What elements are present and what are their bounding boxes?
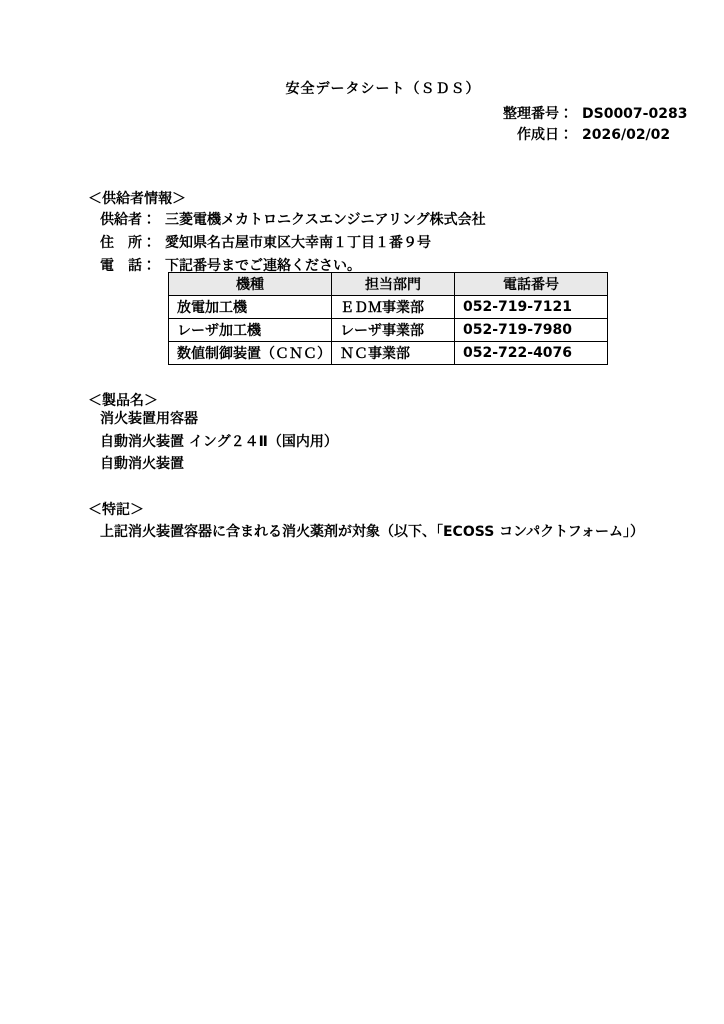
ref-number-label: 整理番号： [503,103,573,123]
supplier-name-value: 三菱電機メカトロニクスエンジニアリング株式会社 [165,209,486,229]
ref-number-value: DS0007-0283 [582,106,678,122]
supplier-name-label: 供給者： [100,209,165,229]
creation-date-label: 作成日： [517,124,573,144]
creation-date-row: 作成日： 2026/02/02 [503,124,678,145]
product-list: 消火装置用容器 自動消火装置 イング２４Ⅱ（国内用） 自動消火装置 [100,407,338,474]
table-cell-model: レーザ加工機 [169,319,332,342]
table-row: 放電加工機 ＥＤＭ事業部 052-719-7121 [169,296,608,319]
table-cell-phone: 052-719-7980 [455,319,608,342]
product-item: 自動消火装置 [100,452,338,474]
table-cell-department: ＥＤＭ事業部 [332,296,455,319]
product-item: 自動消火装置 イング２４Ⅱ（国内用） [100,429,338,451]
table-header-phone: 電話番号 [455,273,608,296]
table-header-model: 機種 [169,273,332,296]
notes-section-heading: ＜特記＞ [88,499,144,519]
supplier-info-rows: 供給者： 三菱電機メカトロニクスエンジニアリング株式会社 住 所： 愛知県名古屋… [100,207,486,276]
sds-document-page: 安全データシート（ＳＤＳ） 整理番号： DS0007-0283 作成日： 202… [0,0,724,1024]
ref-number-row: 整理番号： DS0007-0283 [503,103,678,124]
table-cell-phone: 052-722-4076 [455,342,608,365]
table-cell-department: レーザ事業部 [332,319,455,342]
supplier-address-value: 愛知県名古屋市東区大幸南１丁目１番９号 [165,232,431,252]
creation-date-value: 2026/02/02 [582,127,678,143]
table-row: レーザ加工機 レーザ事業部 052-719-7980 [169,319,608,342]
supplier-section-heading: ＜供給者情報＞ [88,188,186,208]
notes-text: 上記消火装置容器に含まれる消火薬剤が対象（以下、「ECOSS コンパクトフォーム… [100,521,644,541]
table-cell-phone: 052-719-7121 [455,296,608,319]
table-cell-department: ＮＣ事業部 [332,342,455,365]
contact-table: 機種 担当部門 電話番号 放電加工機 ＥＤＭ事業部 052-719-7121 レ… [168,272,608,365]
table-cell-model: 数値制御装置（ＣＮＣ） [169,342,332,365]
table-header-department: 担当部門 [332,273,455,296]
product-item: 消火装置用容器 [100,407,338,429]
table-cell-model: 放電加工機 [169,296,332,319]
table-row: 数値制御装置（ＣＮＣ） ＮＣ事業部 052-722-4076 [169,342,608,365]
supplier-address-label: 住 所： [100,232,165,252]
supplier-name-row: 供給者： 三菱電機メカトロニクスエンジニアリング株式会社 [100,207,486,230]
contact-table-header-row: 機種 担当部門 電話番号 [169,273,608,296]
page-title: 安全データシート（ＳＤＳ） [88,78,678,98]
supplier-phone-label: 電 話： [100,255,165,275]
supplier-address-row: 住 所： 愛知県名古屋市東区大幸南１丁目１番９号 [100,230,486,253]
document-meta: 整理番号： DS0007-0283 作成日： 2026/02/02 [503,103,678,145]
